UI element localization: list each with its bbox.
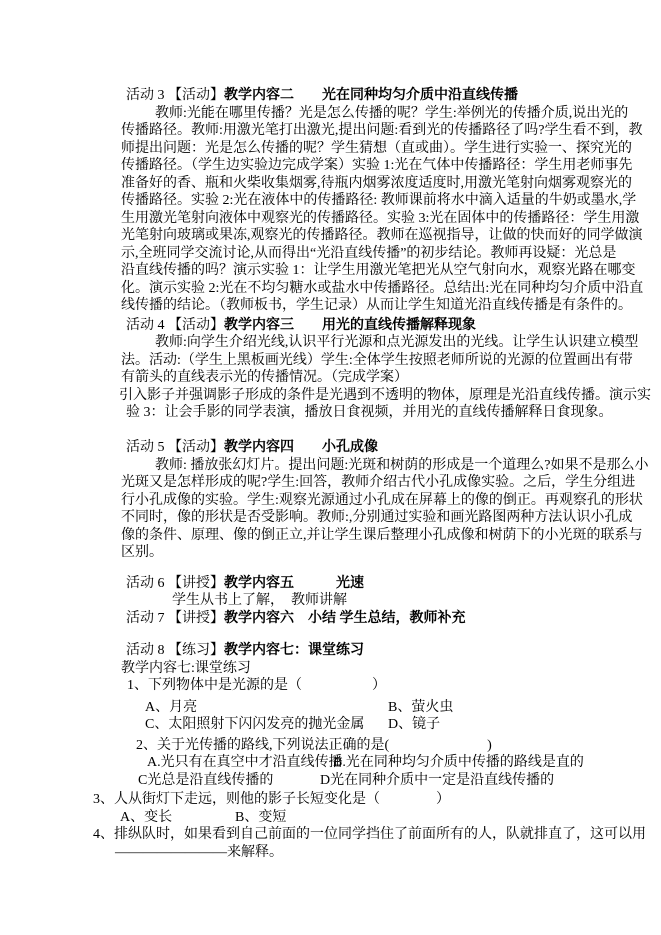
quiz-q2-option-d: D光在同种介质中一定是沿直线传播的 [320, 773, 554, 788]
activity4-heading-prefix: 活动 4 【活动】 [126, 318, 224, 333]
lesson-plan-document: 活动 3 【活动】教学内容二 光在同种均匀介质中沿直线传播 教师:光能在哪里传播… [0, 0, 661, 861]
activity5-paragraph-line: 区别。 [0, 544, 661, 562]
activity8-heading-title: 教学内容七：课堂练习 [224, 643, 364, 658]
activity6-heading-prefix: 活动 6 【讲授】 [126, 576, 224, 591]
activity5-heading: 活动 5 【活动】教学内容四 小孔成像 [0, 439, 661, 457]
activity3-paragraph-line: 传播路径。教师:用激光笔打出激光,提出问题:看到光的传播路径了吗?学生看不到，教 [0, 122, 661, 140]
activity5-paragraph-line: 像的条件、原理、像的倒正立,并让学生课后整理小孔成像和树荫下的小光斑的联系与 [0, 527, 661, 545]
quiz-q1-option-c: C、太阳照射下闪闪发亮的抛光金属 [145, 716, 388, 734]
activity8-heading: 活动 8 【练习】教学内容七：课堂练习 [0, 642, 661, 660]
activity3-paragraph-line: 传播路径。（学生边实验边完成学案）实验 1:光在气体中传播路径：学生用老师事先 [0, 157, 661, 175]
blank-line [0, 422, 661, 440]
activity7-heading-title: 教学内容六 小结 学生总结，教师补充 [224, 611, 466, 626]
activity3-paragraph-line: 师提出问题：光是怎么传播的呢？学生猜想（直或曲）。学生进行实验一、探究光的 [0, 140, 661, 158]
activity7-heading-prefix: 活动 7 【讲授】 [126, 611, 224, 626]
activity5-paragraph-line: 行小孔成像的实验。学生:观察光源通过小孔成在屏幕上的像的倒正。再观察孔的形状 [0, 492, 661, 510]
quiz-question-1: 1、下列物体中是光源的是（ ） [0, 677, 661, 695]
activity3-paragraph-line: 教师:光能在哪里传播？光是怎么传播的呢？学生:举例光的传播介质,说出光的 [0, 105, 661, 123]
document-page: 活动 3 【活动】教学内容二 光在同种均匀介质中沿直线传播 教师:光能在哪里传播… [0, 0, 661, 935]
activity4-paragraph-line: 有箭头的直线表示光的传播情况。（完成学案） [0, 369, 661, 387]
quiz-question-3-options-row: A、变长B、变短 [0, 809, 661, 827]
quiz-q3-option-b: B、变短 [235, 810, 286, 825]
activity3-heading-title: 教学内容二 光在同种均匀介质中沿直线传播 [224, 88, 518, 103]
activity3-paragraph-line: 沿直线传播的吗？演示实验 1：让学生用激光笔把光从空气射向水，观察光路在哪变 [0, 262, 661, 280]
quiz-question-4-line: 4、排纵队时，如果看到自己前面的一位同学挡住了前面所有的人，队就排直了，这可以用 [0, 826, 661, 844]
activity3-heading-prefix: 活动 3 【活动】 [126, 88, 224, 103]
quiz-q3-option-a: A、变长 [120, 809, 235, 827]
quiz-q1-option-b: B、萤火虫 [388, 700, 453, 715]
quiz-question-1-options-row: C、太阳照射下闪闪发亮的抛光金属D、镜子 [0, 716, 661, 734]
activity3-paragraph-line: 生用激光笔射向液体中观察光的传播路径。实验 3:光在固体中的传播路径：学生用激 [0, 210, 661, 228]
activity5-paragraph-line: 光斑又是怎样形成的呢?学生:回答，教师介绍古代小孔成像实验。之后，学生分组进 [0, 474, 661, 492]
activity4-heading-title: 教学内容三 用光的直线传播解释现象 [224, 318, 476, 333]
activity7-heading: 活动 7 【讲授】教学内容六 小结 学生总结，教师补充 [0, 610, 661, 628]
activity3-paragraph-line: 线传播的结论。（教师板书，学生记录）从而让学生知道光沿直线传播是有条件的。 [0, 297, 661, 315]
activity5-paragraph-line: 教师: 播放张幻灯片。提出问题:光斑和树荫的形成是一个道理么?如果不是那么小 [0, 457, 661, 475]
quiz-q1-option-a: A、月亮 [145, 699, 388, 717]
activity6-heading-title: 教学内容五 光速 [224, 576, 364, 591]
activity8-subtitle: 教学内容七:课堂练习 [0, 660, 661, 678]
quiz-q2-option-b: B.光在同种均匀介质中传播的路线是直的 [333, 755, 584, 770]
activity4-heading: 活动 4 【活动】教学内容三 用光的直线传播解释现象 [0, 317, 661, 335]
quiz-question-2: 2、关于光传播的路线,下列说法正确的是( ) [0, 737, 661, 755]
activity6-heading: 活动 6 【讲授】教学内容五 光速 [0, 575, 661, 593]
section-gap [0, 627, 661, 642]
quiz-q2-option-c: C光总是沿直线传播的 [138, 772, 320, 790]
activity3-heading: 活动 3 【活动】教学内容二 光在同种均匀介质中沿直线传播 [0, 87, 661, 105]
activity6-note-line: 学生从书上了解， 教师讲解 [0, 592, 661, 610]
activity3-paragraph-line: 光笔射向玻璃或果冻,观察光的传播路径。教师在巡视指导，让做的快而好的同学做演 [0, 227, 661, 245]
section-gap [0, 562, 661, 575]
quiz-question-2-options-row: C光总是沿直线传播的D光在同种介质中一定是沿直线传播的 [0, 772, 661, 790]
activity4-paragraph-line: 法。活动:（学生上黑板画光线）学生:全体学生按照老师所说的光源的位置画出有带 [0, 352, 661, 370]
quiz-q1-option-d: D、镜子 [388, 717, 440, 732]
activity3-paragraph-line: 化。演示实验 2:光在不均匀糖水或盐水中传播路径。总结出:光在同种均匀介质中沿直 [0, 280, 661, 298]
activity8-heading-prefix: 活动 8 【练习】 [126, 643, 224, 658]
activity5-paragraph-line: 不同时，像的形状是否受影响。教师:,分别通过实验和画光路图两种方法认识小孔成 [0, 509, 661, 527]
quiz-question-2-options-row: A.光只有在真空中才沿直线传播B.光在同种均匀介质中传播的路线是直的 [0, 754, 661, 772]
activity5-heading-title: 教学内容四 小孔成像 [224, 440, 378, 455]
activity5-heading-prefix: 活动 5 【活动】 [126, 440, 224, 455]
quiz-question-3: 3、人从街灯下走远，则他的影子长短变化是（ ） [0, 791, 661, 809]
quiz-question-1-options-row: A、月亮B、萤火虫 [0, 699, 661, 717]
activity4-paragraph-line: 教师:向学生介绍光线,认识平行光源和点光源发出的光线。让学生认识建立模型 [0, 334, 661, 352]
activity4-note-line: 验 3：让会手影的同学表演，播放日食视频，并用光的直线传播解释日食现象。 [0, 404, 661, 422]
activity3-paragraph-line: 传播路径。实验 2:光在液体中的传播路径: 教师课前将水中滴入适量的牛奶或墨水,… [0, 192, 661, 210]
quiz-q2-option-a: A.光只有在真空中才沿直线传播 [147, 754, 333, 772]
activity3-paragraph-line: 准备好的香、瓶和火柴收集烟雾,待瓶内烟雾浓度适度时,用激光笔射向烟雾观察光的 [0, 175, 661, 193]
activity4-note-line: 引入影子并强调影子形成的条件是光遇到不透明的物体，原理是光沿直线传播。演示实 [0, 387, 661, 405]
activity3-paragraph-line: 示,全班同学交流讨论,从而得出“光沿直线传播”的初步结论。教师再设疑：光总是 [0, 245, 661, 263]
quiz-question-4-blank-line: ————————来解释。 [0, 844, 661, 862]
